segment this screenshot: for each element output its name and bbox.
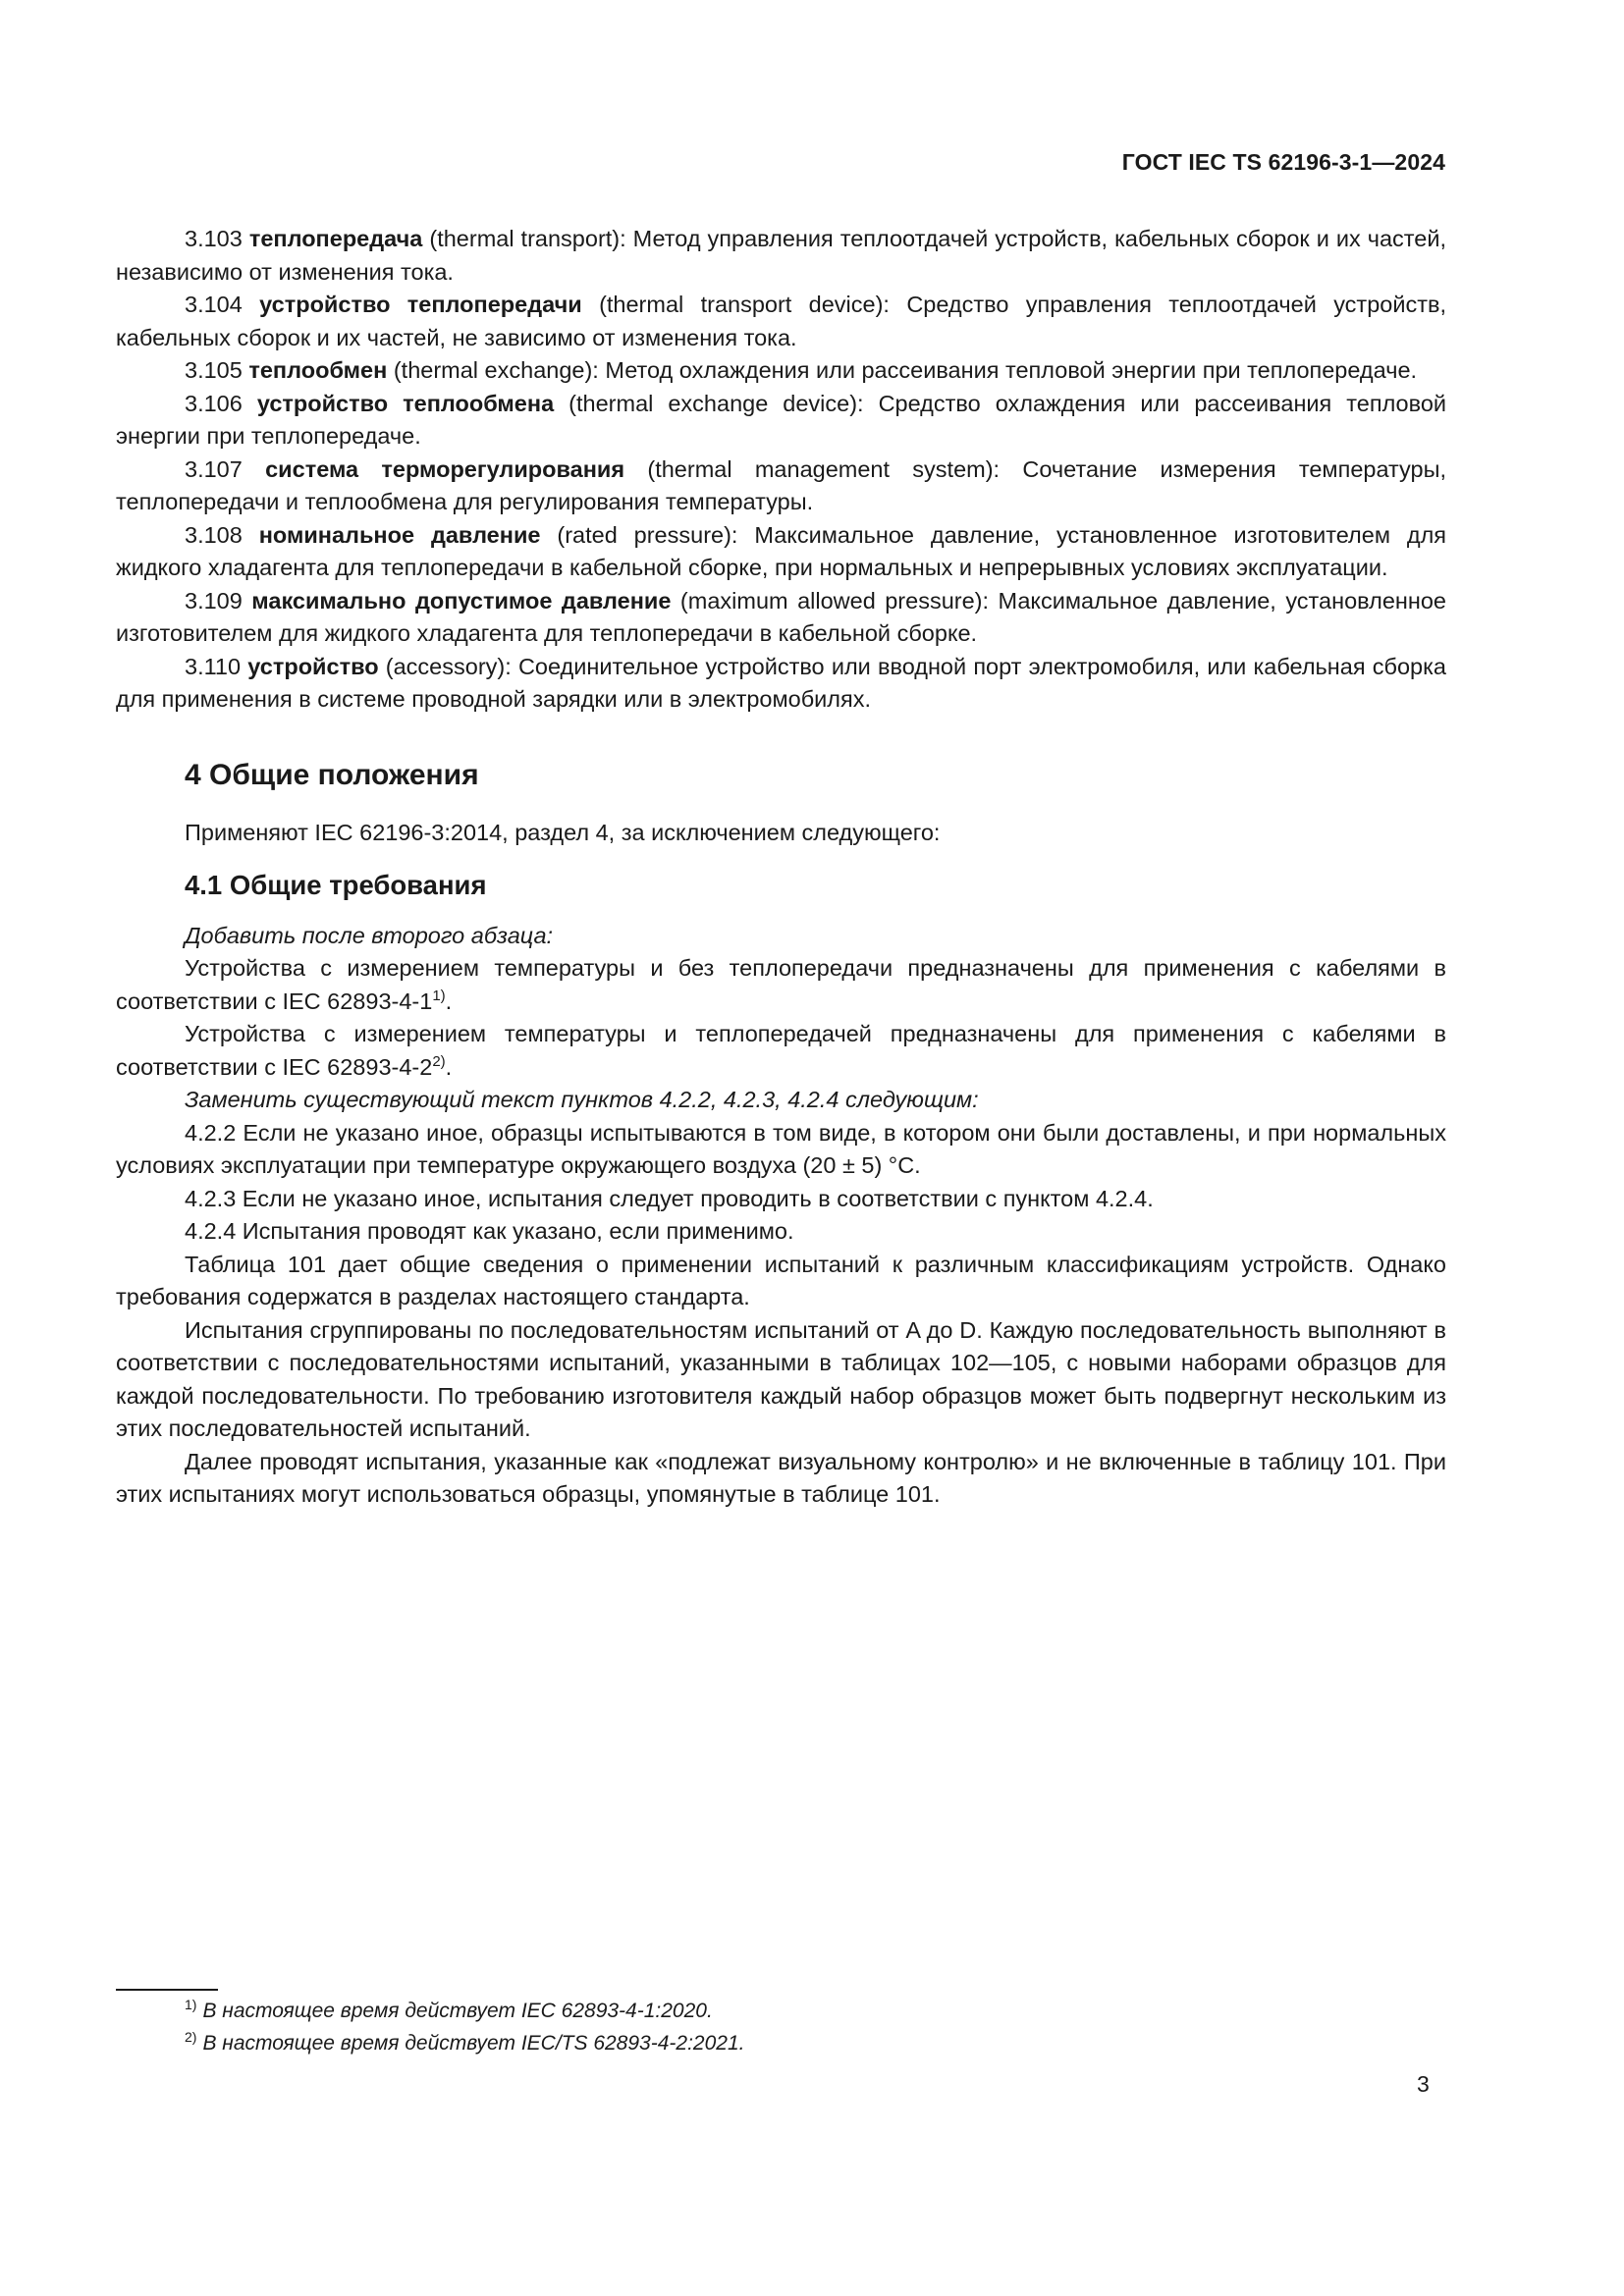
footnote-ref-2[interactable]: 2) <box>432 1053 445 1070</box>
paragraph-test-sequences: Испытания сгруппированы по последователь… <box>116 1314 1446 1446</box>
term-number: 3.108 <box>185 522 243 548</box>
section-4-intro: Применяют IEC 62196-3:2014, раздел 4, за… <box>185 817 1446 850</box>
footnotes: 1)В настоящее время действует IEC 62893-… <box>185 1995 744 2059</box>
subsection-4-1-title: 4.1 Общие требования <box>185 869 1446 902</box>
term-english: (accessory): <box>386 654 512 679</box>
term-number: 3.110 <box>185 654 241 679</box>
footnote-mark: 2) <box>185 2029 196 2045</box>
footnote-2: 2)В настоящее время действует IEC/TS 628… <box>185 2027 744 2059</box>
footnote-1: 1)В настоящее время действует IEC 62893-… <box>185 1995 744 2027</box>
footnote-mark: 1) <box>185 1997 196 2012</box>
term-3-106: 3.106 устройство теплообмена (thermal ex… <box>116 388 1446 454</box>
paragraph-visual-inspection: Далее проводят испытания, указанные как … <box>116 1446 1446 1512</box>
term-3-107: 3.107 система терморегулирования (therma… <box>116 454 1446 519</box>
term-number: 3.106 <box>185 391 243 416</box>
paragraph-devices-without-transport: Устройства с измерением температуры и бе… <box>116 952 1446 1018</box>
footnote-text: В настоящее время действует IEC/TS 62893… <box>202 2032 744 2055</box>
term-name: устройство теплообмена <box>257 391 554 416</box>
paragraph-4-2-4: 4.2.4 Испытания проводят как указано, ес… <box>116 1215 1446 1249</box>
paragraph-text: Устройства с измерением температуры и бе… <box>116 955 1446 1014</box>
term-definition: Метод охлаждения или рассеивания теплово… <box>605 357 1417 383</box>
term-english: (rated pressure): <box>557 522 737 548</box>
instruction-replace: Заменить существующий текст пунктов 4.2.… <box>116 1084 1446 1117</box>
term-name: система терморегулирования <box>265 456 624 482</box>
period: . <box>446 988 453 1014</box>
paragraph-4-2-3: 4.2.3 Если не указано иное, испытания сл… <box>116 1183 1446 1216</box>
term-name: устройство <box>247 654 378 679</box>
instruction-add: Добавить после второго абзаца: <box>116 920 1446 953</box>
term-3-108: 3.108 номинальное давление (rated pressu… <box>116 519 1446 585</box>
term-name: максимально допустимое давление <box>251 588 671 614</box>
term-english: (thermal management system): <box>647 456 1000 482</box>
period: . <box>446 1054 453 1080</box>
term-name: устройство теплопередачи <box>259 292 582 317</box>
page-number: 3 <box>1417 2071 1430 2098</box>
term-english: (thermal exchange): <box>394 357 599 383</box>
footnote-separator <box>116 1989 218 1991</box>
term-3-110: 3.110 устройство (accessory): Соединител… <box>116 651 1446 717</box>
term-3-104: 3.104 устройство теплопередачи (thermal … <box>116 289 1446 354</box>
footnote-text: В настоящее время действует IEC 62893-4-… <box>202 2000 712 2022</box>
term-name: теплопередача <box>249 226 423 251</box>
paragraph-devices-with-transport: Устройства с измерением температуры и те… <box>116 1018 1446 1084</box>
term-name: номинальное давление <box>259 522 541 548</box>
paragraph-text: Устройства с измерением температуры и те… <box>116 1021 1446 1080</box>
page-content: 3.103 теплопередача (thermal transport):… <box>116 223 1446 1512</box>
term-3-105: 3.105 теплообмен (thermal exchange): Мет… <box>116 354 1446 388</box>
term-english: (maximum allowed pressure): <box>680 588 989 614</box>
term-3-103: 3.103 теплопередача (thermal transport):… <box>116 223 1446 289</box>
footnote-ref-1[interactable]: 1) <box>432 988 445 1004</box>
term-english: (thermal exchange device): <box>568 391 863 416</box>
term-english: (thermal transport): <box>429 226 625 251</box>
term-number: 3.104 <box>185 292 243 317</box>
term-number: 3.105 <box>185 357 243 383</box>
paragraph-table-101: Таблица 101 дает общие сведения о примен… <box>116 1249 1446 1314</box>
document-header-id: ГОСТ IEC TS 62196-3-1—2024 <box>1122 149 1445 176</box>
term-name: теплообмен <box>248 357 387 383</box>
term-number: 3.107 <box>185 456 243 482</box>
term-english: (thermal transport device): <box>599 292 890 317</box>
term-number: 3.109 <box>185 588 243 614</box>
section-4-title: 4 Общие положения <box>185 756 1446 795</box>
term-number: 3.103 <box>185 226 243 251</box>
term-3-109: 3.109 максимально допустимое давление (m… <box>116 585 1446 651</box>
paragraph-4-2-2: 4.2.2 Если не указано иное, образцы испы… <box>116 1117 1446 1183</box>
